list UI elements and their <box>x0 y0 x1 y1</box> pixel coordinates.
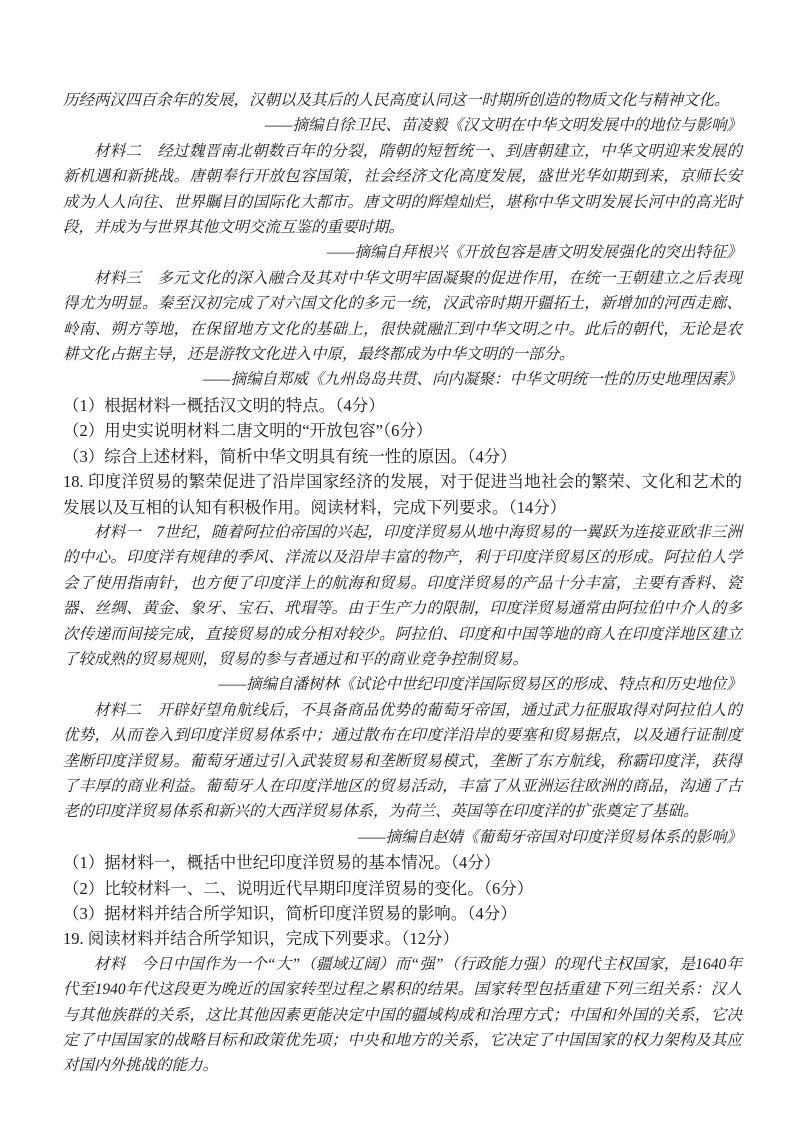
exam-page: 历经两汉四百余年的发展，汉朝以及其后的人民高度认同这一时期所创造的物质文化与精神… <box>0 0 800 1131</box>
question-18-stem: 18. 印度洋贸易的繁荣促进了沿岸国家经济的发展，对于促进当地社会的繁荣、文化和… <box>63 469 742 520</box>
q17-material-2: 材料二 经过魏晋南北朝数百年的分裂，隋朝的短暂统一、到唐朝建立，中华文明迎来发展… <box>63 139 742 241</box>
q17-sub-question-1: （1）根据材料一概括汉文明的特点。（4分） <box>63 393 742 418</box>
q17-source-attribution-2: ——摘编自拜根兴《开放包容是唐文明发展强化的突出特征》 <box>63 240 742 265</box>
q17-sub-question-3: （3）综合上述材料，简析中华文明具有统一性的原因。（4分） <box>63 444 742 469</box>
q18-sub-question-3: （3）据材料并结合所学知识，简析印度洋贸易的影响。（4分） <box>63 901 742 926</box>
q17-source-attribution-1: ——摘编自徐卫民、苗凌毅《汉文明在中华文明发展中的地位与影响》 <box>63 113 742 138</box>
q17-material-3: 材料三 多元文化的深入融合及其对中华文明牢固凝聚的促进作用，在统一王朝建立之后表… <box>63 266 742 368</box>
q17-material-1-continuation: 历经两汉四百余年的发展，汉朝以及其后的人民高度认同这一时期所创造的物质文化与精神… <box>63 88 742 113</box>
q18-material-1: 材料一 7世纪，随着阿拉伯帝国的兴起，印度洋贸易从地中海贸易的一翼跃为连接亚欧非… <box>63 520 742 672</box>
q19-material: 材料 今日中国作为一个“大”（疆域辽阔）而“强”（行政能力强）的现代主权国家，是… <box>63 952 742 1079</box>
q18-material-2: 材料二 开辟好望角航线后，不具备商品优势的葡萄牙帝国，通过武力征服取得对阿拉伯人… <box>63 698 742 825</box>
q18-sub-question-2: （2）比较材料一、二、说明近代早期印度洋贸易的变化。（6分） <box>63 876 742 901</box>
question-19-stem: 19. 阅读材料并结合所学知识，完成下列要求。（12分） <box>63 926 742 951</box>
q18-source-attribution-2: ——摘编自赵婧《葡萄牙帝国对印度洋贸易体系的影响》 <box>63 825 742 850</box>
q18-sub-question-1: （1）据材料一，概括中世纪印度洋贸易的基本情况。（4分） <box>63 850 742 875</box>
q17-source-attribution-3: ——摘编自郑威《九州岛岛共贯、向内凝聚：中华文明统一性的历史地理因素》 <box>63 367 742 392</box>
q18-source-attribution-1: ——摘编自潘树林《试论中世纪印度洋国际贸易区的形成、特点和历史地位》 <box>63 672 742 697</box>
q17-sub-question-2: （2）用史实说明材料二唐文明的“开放包容”（6分） <box>63 418 742 443</box>
